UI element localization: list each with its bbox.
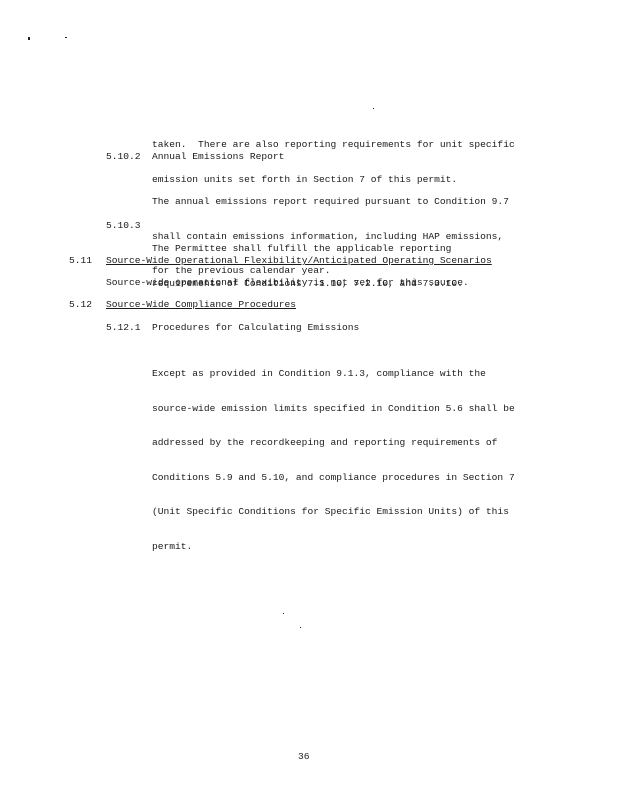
scan-artifact	[373, 108, 374, 109]
section-number-5-11: 5.11	[69, 255, 92, 267]
text-line: Conditions 5.9 and 5.10, and compliance …	[152, 472, 515, 484]
section-body-5-11: Source-wide operational flexibility is n…	[106, 277, 469, 289]
text-line: Except as provided in Condition 9.1.3, c…	[152, 368, 515, 380]
scan-artifact	[283, 613, 284, 614]
page-number: 36	[298, 751, 310, 763]
section-number-5-10-3: 5.10.3	[106, 220, 141, 232]
text-line: The annual emissions report required pur…	[152, 196, 509, 208]
scan-artifact	[28, 37, 30, 40]
section-number-5-12: 5.12	[69, 299, 92, 311]
section-title-5-12-1: Procedures for Calculating Emissions	[152, 322, 359, 334]
section-number-5-12-1: 5.12.1	[106, 322, 141, 334]
scan-artifact	[300, 627, 301, 628]
text-line: addressed by the recordkeeping and repor…	[152, 437, 515, 449]
text-line: source-wide emission limits specified in…	[152, 403, 515, 415]
section-number-5-10-2: 5.10.2	[106, 151, 141, 163]
text-line: permit.	[152, 541, 515, 553]
text-line: (Unit Specific Conditions for Specific E…	[152, 506, 515, 518]
text-line: The Permittee shall fulfill the applicab…	[152, 243, 463, 255]
section-title-5-10-2: Annual Emissions Report	[152, 151, 284, 163]
section-heading-5-11: Source-Wide Operational Flexibility/Anti…	[106, 255, 492, 267]
text-line: taken. There are also reporting requirem…	[152, 139, 515, 151]
section-body-5-12-1: Except as provided in Condition 9.1.3, c…	[152, 345, 515, 564]
section-heading-5-12: Source-Wide Compliance Procedures	[106, 299, 296, 311]
scan-artifact	[65, 37, 67, 38]
